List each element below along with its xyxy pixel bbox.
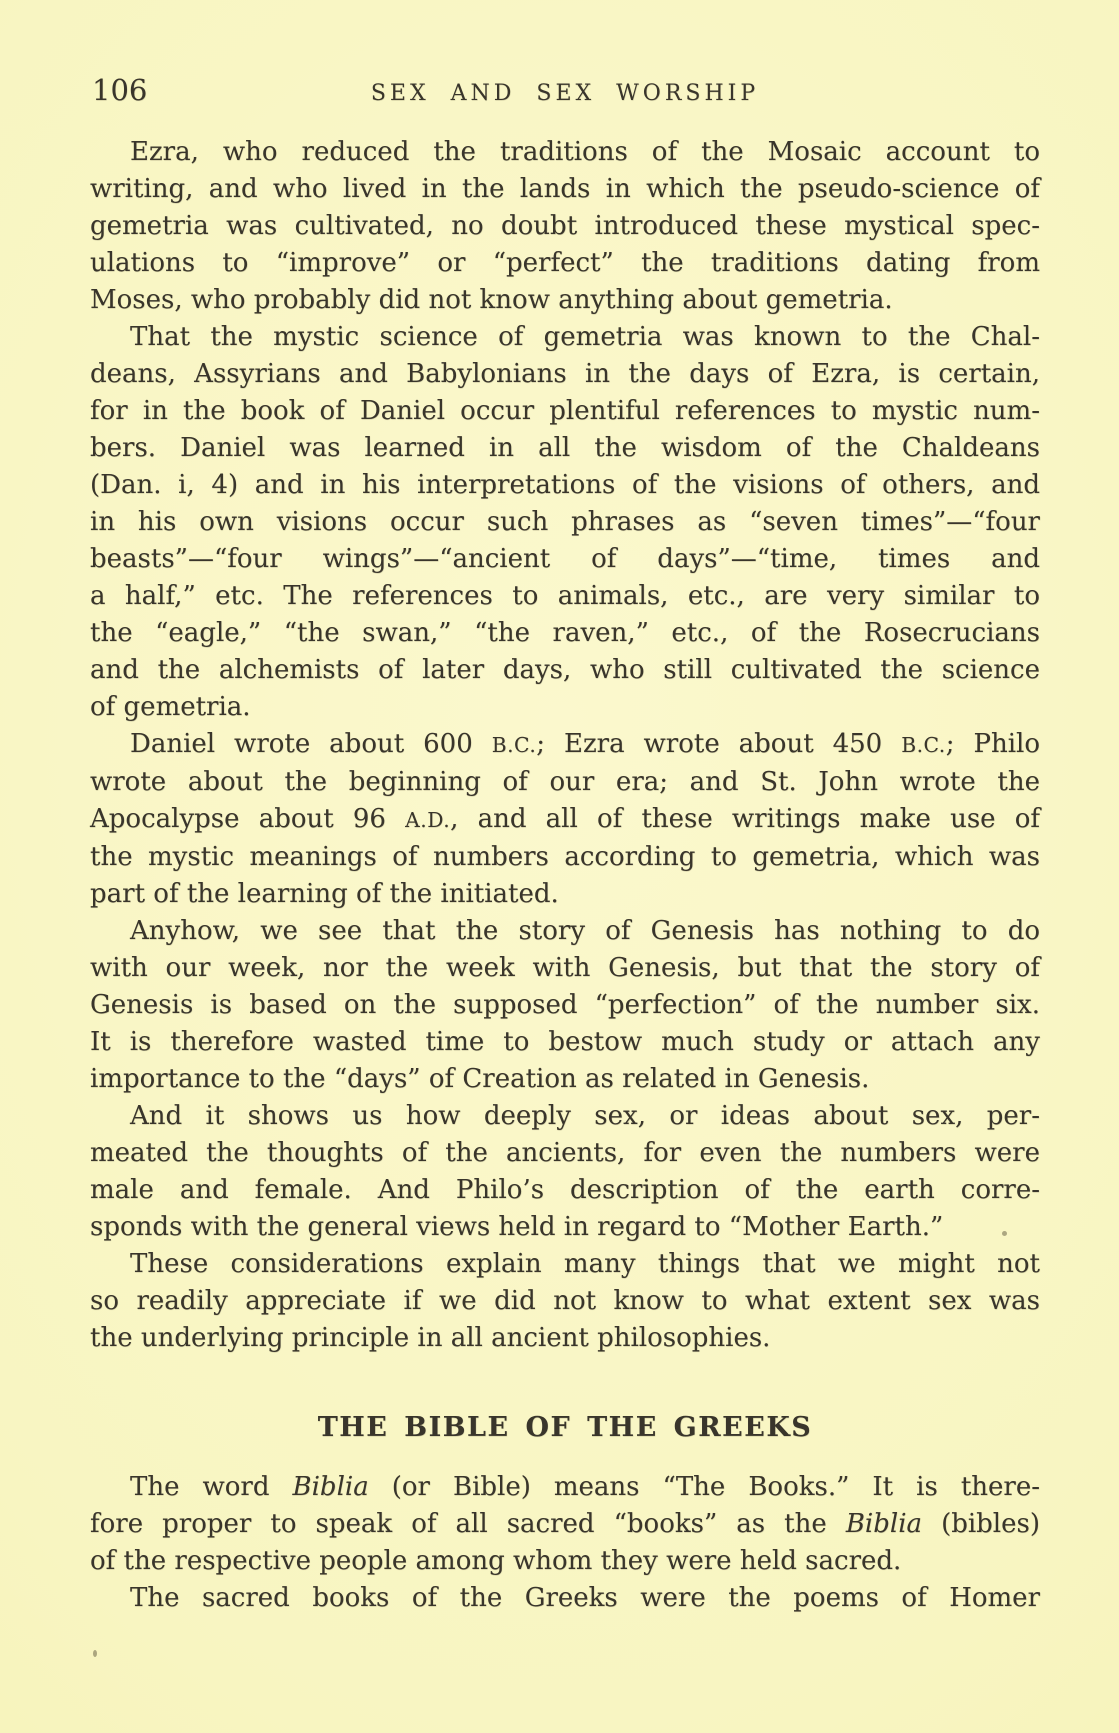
text-line: Apocalypse about 96 A.D., and all of the… <box>90 801 1040 839</box>
text-line: sponds with the general views held in re… <box>90 1209 1040 1246</box>
text-line: of gemetria. <box>90 689 1040 726</box>
running-header-title: SEX AND SEX WORSHIP <box>371 81 759 106</box>
text-line: ulations to “improve” or “perfect” the t… <box>90 245 1040 282</box>
text-line: These considerations explain many things… <box>90 1246 1040 1283</box>
running-header: 106 SEX AND SEX WORSHIP <box>90 74 1040 110</box>
body-text-before-heading: Ezra, who reduced the traditions of the … <box>90 134 1040 1357</box>
text-line: writing, and who lived in the lands in w… <box>90 171 1040 208</box>
text-line: of the respective people among whom they… <box>90 1543 1040 1580</box>
text-line: bers. Daniel was learned in all the wisd… <box>90 430 1040 467</box>
text-line: the “eagle,” “the swan,” “the raven,” et… <box>90 615 1040 652</box>
paragraph: And it shows us how deeply sex, or ideas… <box>90 1098 1040 1246</box>
scan-speck <box>93 1650 97 1657</box>
text-line: and the alchemists of later days, who st… <box>90 652 1040 689</box>
text-line: gemetria was cultivated, no doubt introd… <box>90 208 1040 245</box>
paragraph: That the mystic science of gemetria was … <box>90 319 1040 726</box>
paragraph: Daniel wrote about 600 B.C.; Ezra wrote … <box>90 726 1040 913</box>
text-line: with our week, nor the week with Genesis… <box>90 950 1040 987</box>
text-line: beasts”—“four wings”—“ancient of days”—“… <box>90 541 1040 578</box>
text-line: Daniel wrote about 600 B.C.; Ezra wrote … <box>90 726 1040 764</box>
body-text-after-heading: The word Biblia (or Bible) means “The Bo… <box>90 1469 1040 1617</box>
text-line: (Dan. i, 4) and in his interpretations o… <box>90 467 1040 504</box>
text-line: The word Biblia (or Bible) means “The Bo… <box>90 1469 1040 1506</box>
text-line: so readily appreciate if we did not know… <box>90 1283 1040 1320</box>
page-content: 106 SEX AND SEX WORSHIP Ezra, who reduce… <box>0 0 1119 1617</box>
paragraph: The sacred books of the Greeks were the … <box>90 1580 1040 1617</box>
text-line: a half,” etc. The references to animals,… <box>90 578 1040 615</box>
text-line: It is therefore wasted time to bestow mu… <box>90 1024 1040 1061</box>
section-heading: THE BIBLE OF THE GREEKS <box>90 1411 1040 1445</box>
text-line: wrote about the beginning of our era; an… <box>90 764 1040 801</box>
text-line: Anyhow, we see that the story of Genesis… <box>90 913 1040 950</box>
text-line: part of the learning of the initiated. <box>90 876 1040 913</box>
text-line: deans, Assyrians and Babylonians in the … <box>90 356 1040 393</box>
text-line: And it shows us how deeply sex, or ideas… <box>90 1098 1040 1135</box>
page-number: 106 <box>92 72 147 108</box>
text-line: The sacred books of the Greeks were the … <box>90 1580 1040 1617</box>
text-line: Genesis is based on the supposed “perfec… <box>90 987 1040 1024</box>
text-line: importance to the “days” of Creation as … <box>90 1061 1040 1098</box>
text-line: Ezra, who reduced the traditions of the … <box>90 134 1040 171</box>
text-line: the underlying principle in all ancient … <box>90 1320 1040 1357</box>
paragraph: The word Biblia (or Bible) means “The Bo… <box>90 1469 1040 1580</box>
book-page: 106 SEX AND SEX WORSHIP Ezra, who reduce… <box>0 0 1119 1733</box>
text-line: for in the book of Daniel occur plentifu… <box>90 393 1040 430</box>
text-line: male and female. And Philo’s description… <box>90 1172 1040 1209</box>
text-line: Moses, who probably did not know anythin… <box>90 282 1040 319</box>
text-line: the mystic meanings of numbers according… <box>90 839 1040 876</box>
text-line: meated the thoughts of the ancients, for… <box>90 1135 1040 1172</box>
text-line: That the mystic science of gemetria was … <box>90 319 1040 356</box>
paragraph: Anyhow, we see that the story of Genesis… <box>90 913 1040 1098</box>
paragraph: Ezra, who reduced the traditions of the … <box>90 134 1040 319</box>
text-line: fore proper to speak of all sacred “book… <box>90 1506 1040 1543</box>
paragraph: These considerations explain many things… <box>90 1246 1040 1357</box>
text-line: in his own visions occur such phrases as… <box>90 504 1040 541</box>
